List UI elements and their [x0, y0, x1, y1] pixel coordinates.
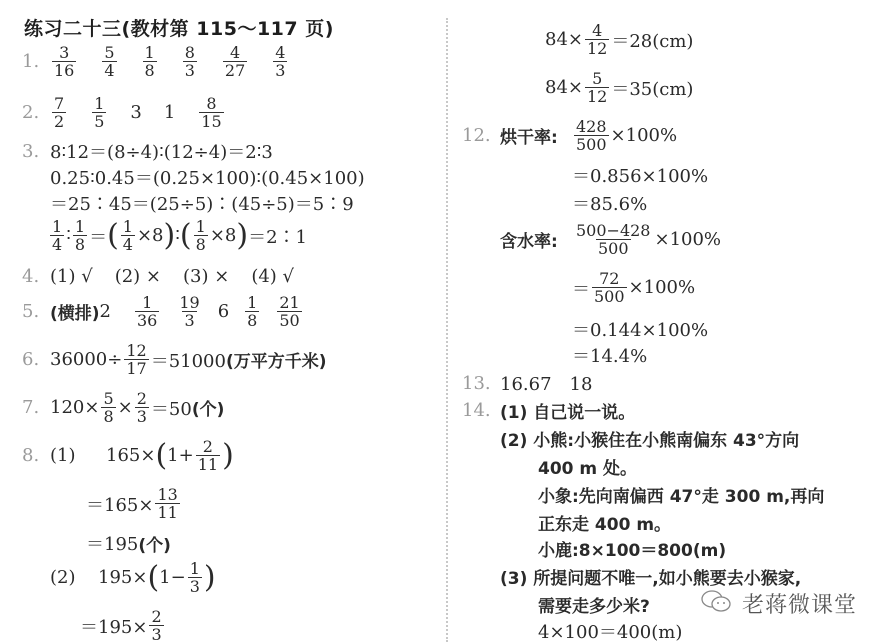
- question-6: 6. 36000÷ 1217 ＝51000(万平方千米): [22, 342, 327, 377]
- question-2: 2. 72 15 3 1 815: [22, 95, 226, 130]
- question-number: 1.: [22, 51, 50, 72]
- wechat-icon: [700, 589, 734, 619]
- question-4: 4. (1) √ (2) × (3) × (4) √: [22, 266, 294, 287]
- question-11-line-2: 84× 512 ＝35(cm): [545, 70, 693, 105]
- page-title: 练习二十三(教材第 115～117 页): [24, 14, 334, 41]
- question-12: 12. 烘干率: 428500 ×100%: [462, 118, 677, 153]
- column-divider: [446, 18, 448, 642]
- question-7: 7. 120× 58 × 23 ＝50(个): [22, 390, 224, 425]
- question-11-line-1: 84× 412 ＝28(cm): [545, 22, 693, 57]
- question-5: 5. (横排)2 136 193 6 18 2150: [22, 294, 304, 329]
- question-8: 8. (1) 165× (1+211): [22, 438, 234, 473]
- question-13: 13. 16.67 18: [462, 370, 592, 396]
- watermark: 老蒋微课堂: [700, 588, 857, 619]
- question-3: 3. 8∶12＝(8÷4)∶(12÷4)＝2∶3: [22, 138, 273, 164]
- question-1: 1. 316 54 18 83 427 43: [22, 44, 289, 79]
- question-14: 14. (1) 自己说一说。: [462, 398, 635, 423]
- watermark-text: 老蒋微课堂: [742, 588, 857, 619]
